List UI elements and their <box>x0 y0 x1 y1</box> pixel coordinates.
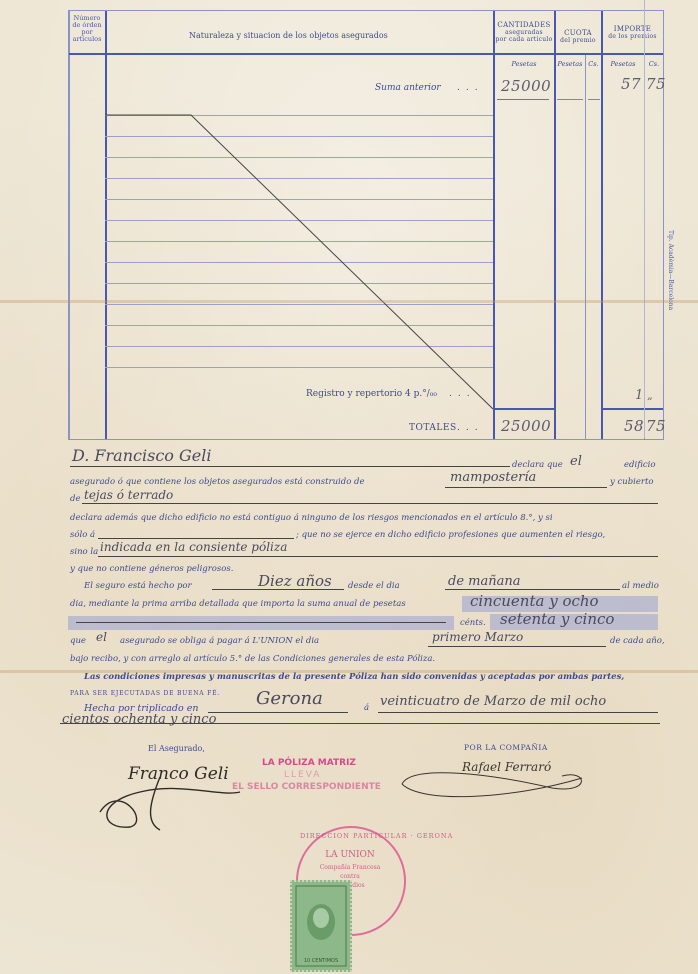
king-portrait-icon <box>292 882 350 970</box>
profession-value: indicada en la consiente póliza <box>100 540 287 554</box>
registro-importe-cs: „ <box>647 389 653 402</box>
premium-cents-words: setenta y cinco <box>500 610 614 628</box>
construction-material: mampostería <box>450 470 536 485</box>
registro-importe-pesetas: 1 <box>635 388 644 403</box>
date-value-line1: veinticuatro de Marzo de mil ocho <box>380 694 606 709</box>
date-value-line2: cientos ochenta y cinco <box>62 712 216 727</box>
totales-cantidad: 25000 <box>501 417 551 435</box>
duration-value: Diez años <box>258 572 332 590</box>
payment-day-value: primero Marzo <box>432 630 523 644</box>
asegurado-flourish-icon <box>90 772 250 832</box>
insured-name: D. Francisco Geli <box>72 446 211 465</box>
totales-label: TOTALES <box>409 423 457 433</box>
asegurado-label: El Asegurado, <box>148 744 205 753</box>
totales-importe-cs: 75 <box>646 417 666 435</box>
roof-material: tejas ó terrado <box>84 488 173 502</box>
cancellation-stroke <box>69 11 663 439</box>
insurance-items-table: Número de órden por artículos Naturaleza… <box>68 10 664 440</box>
el-handwritten: el <box>570 454 582 469</box>
printer-credit: Tip. Acadèmia—Barcelona <box>667 230 674 310</box>
compania-flourish-icon <box>392 764 592 804</box>
place-value: Gerona <box>256 688 323 709</box>
compania-label: POR LA COMPAÑIA <box>464 743 548 752</box>
conditions-statement: Las condiciones impresas y manuscritas d… <box>84 672 624 682</box>
start-date-value: de mañana <box>448 574 520 589</box>
premium-pesetas-words: cincuenta y ocho <box>470 592 599 610</box>
totales-importe-pesetas: 58 <box>624 417 644 435</box>
postage-stamp: 10 CENTIMOS <box>290 880 352 972</box>
registro-label: Registro y repertorio 4 p.°/₀₀ <box>306 389 437 399</box>
